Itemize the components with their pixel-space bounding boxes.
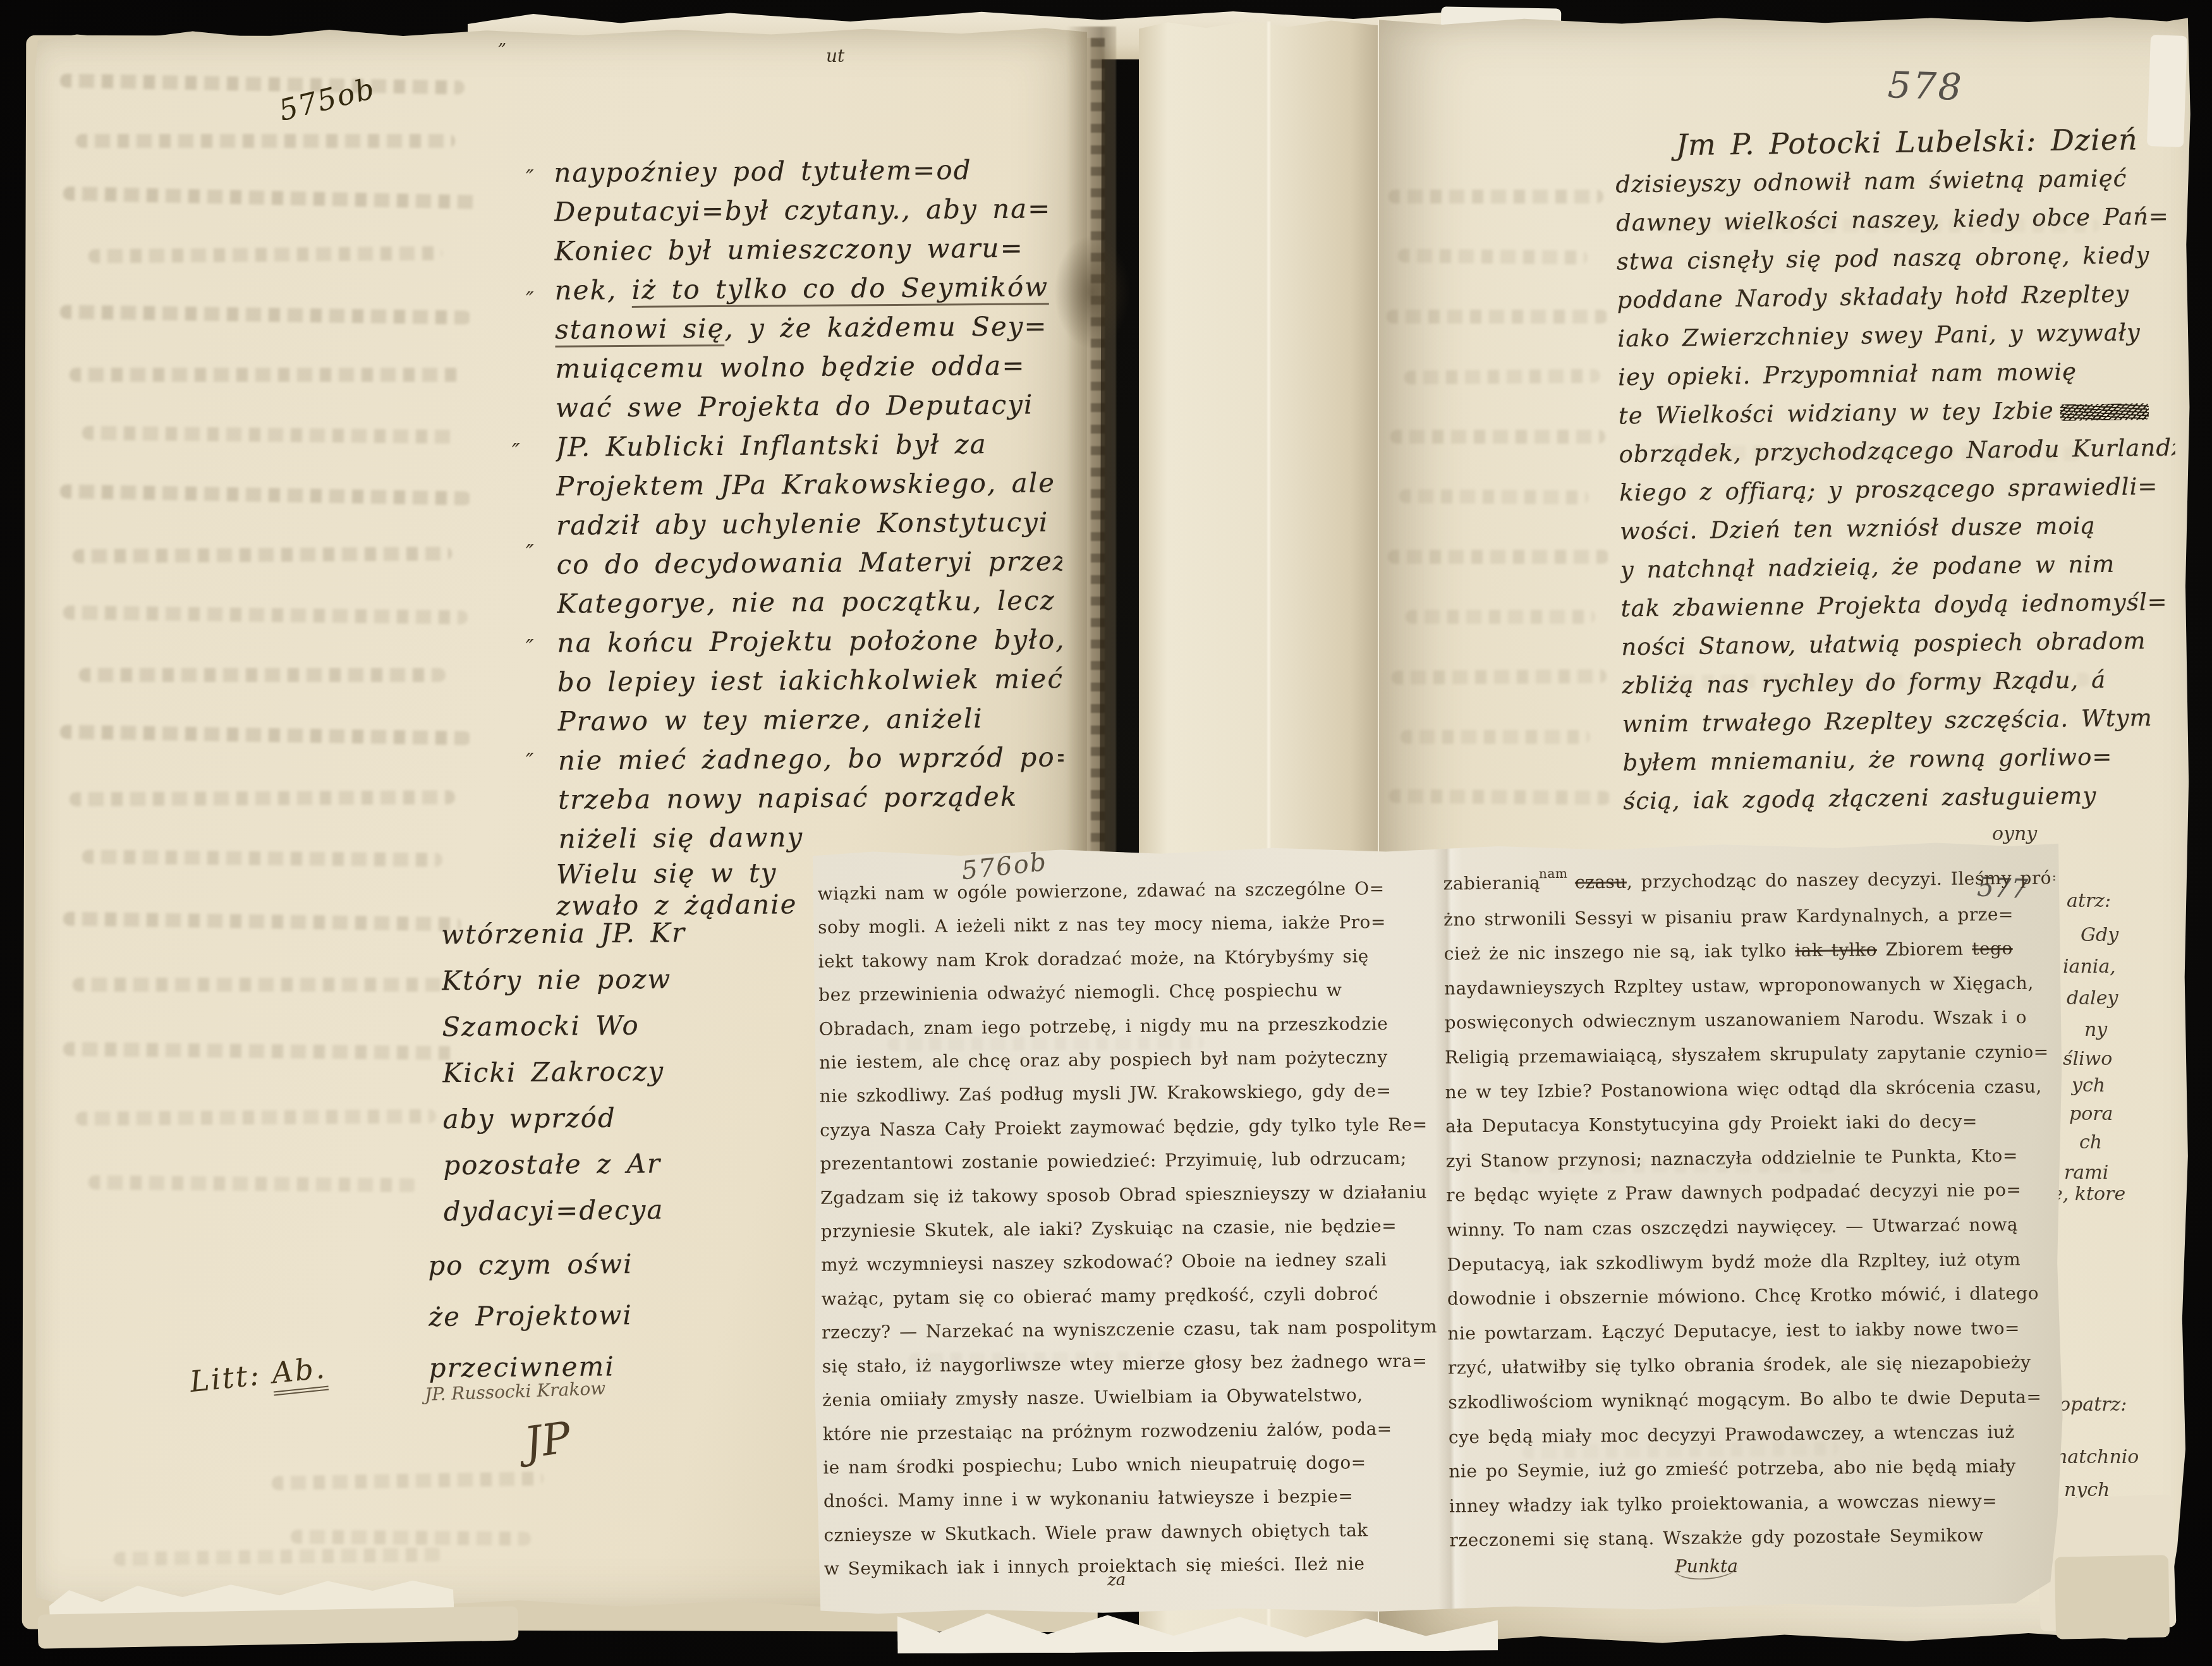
bleedthrough-line (1388, 550, 1609, 564)
manuscript-line: stanowi się, y że każdemu Sey= (555, 307, 1060, 350)
crossed-out-word: iak tylko (1795, 939, 1877, 961)
margin-fragment: natchnio (2055, 1446, 2139, 1468)
manuscript-line: Religią przemawiaiącą, słyszałem skrupul… (1445, 1035, 2057, 1075)
binding-stain (1054, 235, 1130, 349)
letter-reference-label: Litt: Ab. (188, 1351, 328, 1399)
margin-fragment: ch (2079, 1131, 2102, 1153)
manuscript-line: zabieraniąnam czasu, przychodząc do nasz… (1443, 861, 2055, 903)
manuscript-line: naypoźniey pod tytułem=od (554, 150, 1059, 193)
bleedthrough-line (63, 605, 468, 624)
margin-mark: ut (826, 46, 844, 66)
manuscript-line: dawney wielkości naszey, kiedy obce Pań= (1616, 197, 2173, 243)
manuscript-line: wiązki nam w ogóle powierzone, zdawać na… (817, 871, 1440, 911)
manuscript-line: te Wielkości widziany w tey Izbie (1619, 390, 2175, 435)
line-fragment: cież że nic inszego nie są, iak tylko (1443, 940, 1795, 964)
manuscript-line: poswięconych odwiecznym uszanowaniem Nar… (1444, 1000, 2056, 1041)
manuscript-line: nie powtarzam. Łączyć Deputacye, iest to… (1447, 1311, 2059, 1351)
manuscript-line: myż wczymnieysi naszey szkodować? Oboie … (821, 1243, 1443, 1282)
manuscript-line: Jm P. Potocki Lubelski: Dzień (1615, 120, 2172, 166)
manuscript-line: naydawnieyszych Rzpltey ustaw, wproponow… (1444, 966, 2056, 1006)
bleedthrough-line (291, 1529, 531, 1545)
margin-fragment: ych (2072, 1074, 2105, 1097)
manuscript-line: nek, iż to tylko co do Seymików (554, 267, 1060, 310)
line-fragment: te Wielkości widziany w tey Izbie (1619, 397, 2054, 429)
margin-quote-mark: ″ (526, 540, 534, 566)
manuscript-line: żno strwonili Sessyi w pisaniu praw Kard… (1443, 897, 2055, 937)
manuscript-line: Projektem JPa Krakowskiego, ale (556, 463, 1062, 506)
manuscript-line: iey opieki. Przypomniał nam mowię (1618, 351, 2175, 397)
manuscript-line: dowodnie i obszernie mówiono. Chcę Krotk… (1447, 1276, 2059, 1316)
bleedthrough-line (82, 850, 442, 867)
manuscript-line: radził aby uchylenie Konstytucyi (556, 502, 1062, 545)
letter-label-prefix: Litt: (188, 1356, 274, 1399)
bleedthrough-line (1389, 190, 1603, 204)
line-fragment: , y że każdemu Sey= (724, 310, 1048, 344)
bleedthrough-line (1398, 248, 1588, 264)
margin-quote-mark: ″ (526, 166, 534, 191)
manuscript-line: soby mogli. A ieżeli nikt z nas tey mocy… (818, 905, 1440, 945)
margin-quote-mark: ″ (526, 288, 534, 313)
bleedthrough-line (63, 1042, 455, 1060)
manuscript-line: zyi Stanow przynosi; naznaczyła oddzieln… (1446, 1138, 2058, 1179)
line-fragment: , przychodząc do naszey decyzyi. Ileśmy … (1627, 867, 2055, 892)
line-fragment: nek, (554, 274, 631, 306)
torn-page-corner (2147, 35, 2187, 147)
margin-fragment: iania, (2063, 956, 2116, 978)
manuscript-line: szkodliwościom wyniknąć mogącym. Bo albo… (1448, 1380, 2060, 1420)
manuscript-line: ie nam środki pospiechu; Lubo wnich nieu… (823, 1445, 1445, 1485)
manuscript-line: rzeczonemi się staną. Wszakże gdy pozost… (1449, 1518, 2061, 1559)
manuscript-line: wnim trwałego Rzepltey szczęścia. Wtym (1622, 698, 2179, 744)
manuscript-line: rzyć, ułatwiłby się tylko obrania środek… (1448, 1346, 2060, 1386)
manuscript-line: na końcu Projektu położone było, (557, 620, 1062, 663)
manuscript-line: cznieysze w Skutkach. Wiele praw dawnych… (823, 1512, 1446, 1552)
manuscript-line: nie szkodliwy. Zaś podług mysli JW. Krak… (819, 1074, 1442, 1114)
margin-fragment: ny (2084, 1019, 2107, 1041)
scribe-initials: JP (521, 1413, 574, 1468)
manuscript-line: iako Zwierzchniey swey Pani, y wzywały (1617, 313, 2174, 358)
bleedthrough-line (63, 912, 461, 932)
manuscript-line: żenia omiiały zmysły nasze. Uwielbiam ia… (822, 1377, 1445, 1417)
bleedthrough-line (76, 134, 455, 148)
letter-label-value: Ab. (270, 1351, 328, 1396)
manuscript-line: trzeba nowy napisać porządek (558, 777, 1064, 820)
manuscript-line: się stało, iż naygorliwsze wtey mierze g… (822, 1344, 1445, 1383)
manuscript-line: nie iestem, ale chcę oraz aby pospiech b… (819, 1040, 1442, 1079)
bleedthrough-line (82, 426, 455, 444)
manuscript-line: rzeczy? — Narzekać na wyniszczenie czasu… (822, 1310, 1444, 1349)
bleedthrough-line (1392, 669, 1607, 684)
page-number-578: 578 (1887, 63, 1964, 109)
bleedthrough-line (60, 305, 471, 324)
bleedthrough-line (1401, 730, 1590, 744)
bleedthrough-line (1406, 610, 1595, 624)
manuscript-line: cież że nic inszego nie są, iak tylko ia… (1443, 931, 2055, 971)
margin-quote-mark: ″ (526, 635, 534, 660)
underlined-phrase: stanowi się (555, 313, 725, 348)
bleedthrough-line (73, 978, 446, 992)
archival-photograph: 575ob „ ut ″ ″ ″ ″ ″ ″ naypoźniey pod ty… (0, 0, 2212, 1666)
manuscript-line: kiego z offiarą; y proszącego sprawiedli… (1619, 467, 2176, 513)
margin-quote-mark: ″ (512, 439, 520, 465)
manuscript-line: zbliżą nas rychley do formy Rządu, á (1622, 660, 2179, 705)
manuscript-line: ważąc, pytam się co obierać mamy prędkoś… (821, 1276, 1443, 1316)
line-fragment: Zbiorem (1877, 939, 1972, 960)
margin-fragment: pora (2069, 1103, 2113, 1125)
margin-fragment: daley (2067, 987, 2118, 1009)
manuscript-line: w Seymikach iak i innych proiektach się … (824, 1546, 1447, 1586)
catchword: za (1107, 1571, 1126, 1590)
manuscript-line: przyniesie Skutek, ale iaki? Zyskuiąc na… (820, 1208, 1443, 1248)
bleedthrough-line (1387, 310, 1608, 324)
bleedthrough-line (79, 668, 446, 682)
bleedthrough-line (1389, 789, 1610, 805)
margin-fragment: atrz: (2067, 890, 2111, 912)
manuscript-line: cye będą miały moc decyzyi Prawodawczey,… (1449, 1414, 2060, 1455)
manuscript-line: Deputacyi=był czytany., aby na= (554, 189, 1060, 232)
manuscript-line: dzisieyszy odnowił nam świetną pamięć (1615, 159, 2172, 204)
bleedthrough-line (63, 186, 480, 209)
sheet-left-column: wiązki nam w ogóle powierzone, zdawać na… (817, 871, 1447, 1586)
bleedthrough-line (60, 725, 471, 745)
manuscript-line: Koniec był umieszczony waru= (554, 228, 1060, 271)
crossed-out-word (2060, 403, 2149, 421)
page-corner-stack (2055, 1555, 2170, 1639)
manuscript-line: ała Deputacya Konstytucyina gdy Proiekt … (1445, 1104, 2057, 1144)
manuscript-line: obrządek, przychodzącego Narodu Kurlandz… (1619, 429, 2175, 474)
manuscript-line: Obradach, znam iego potrzebę, i nigdy mu… (818, 1006, 1441, 1046)
manuscript-line: ne w tey Izbie? Postanowiona więc odtąd … (1445, 1069, 2057, 1110)
manuscript-line: tak zbawienne Projekta doydą iednomyśl= (1620, 583, 2177, 628)
manuscript-line: Zgadzam się iż takowy sposob Obrad spies… (820, 1175, 1443, 1215)
manuscript-line: re będąc wyięte z Praw dawnych podpadać … (1446, 1173, 2058, 1213)
manuscript-line: byłem mniemaniu, że rowną gorliwo= (1622, 737, 2179, 782)
margin-fragment: opatrz: (2059, 1394, 2127, 1416)
margin-fragment: e, ktore (2051, 1183, 2125, 1205)
bleedthrough-line (88, 246, 442, 264)
manuscript-line: wać swe Projekta do Deputacyi (556, 385, 1061, 428)
left-page-text-column: naypoźniey pod tytułem=od Deputacyi=był … (554, 150, 1064, 859)
manuscript-line: prezentantowi zostanie powiedzieć: Przyi… (820, 1141, 1442, 1181)
catchword: Punkta (1675, 1555, 1738, 1580)
manuscript-line: bez przewinienia odważyć niemogli. Chcę … (818, 972, 1441, 1012)
manuscript-line: nie mieć żadnego, bo wprzód po= (558, 738, 1064, 781)
bleedthrough-line (60, 484, 471, 505)
bleedthrough-line (1404, 369, 1600, 385)
manuscript-line: stwa cisnęły się pod naszą obronę, kiedy (1617, 236, 2173, 281)
manuscript-line: muiącemu wolno będzie odda= (555, 346, 1060, 389)
manuscript-line: Prawo w tey mierze, aniżeli (557, 698, 1063, 741)
bleedthrough-line (88, 1176, 417, 1193)
manuscript-line: y natchnął nadzieią, że podane w nim (1620, 544, 2177, 590)
margin-fragment: Gdy (2081, 924, 2118, 946)
bleedthrough-line (70, 368, 461, 382)
manuscript-line: winny. To nam czas oszczędzi naywięcey. … (1447, 1207, 2058, 1248)
crossed-out-word: tego (1972, 938, 2013, 959)
right-page-text-column: Jm P. Potocki Lubelski: Dzień dzisieyszy… (1615, 120, 2179, 821)
manuscript-line: poddane Narody składały hołd Rzepltey (1617, 274, 2173, 320)
manuscript-line: niżeli się dawny (558, 816, 1064, 859)
margin-fragment: rami (2064, 1162, 2108, 1184)
manuscript-line: ścią, iak zgodą złączeni zasługuiemy (1623, 775, 2180, 821)
interlinear-insertion: nam (1539, 866, 1568, 881)
bleedthrough-line (70, 790, 455, 806)
manuscript-line: dności. Mamy inne i w wykonaniu łatwieys… (823, 1478, 1446, 1518)
manuscript-line: nie po Seymie, iuż go zmieść potrzeba, a… (1449, 1449, 2060, 1489)
line-fragment: zabieranią (1443, 872, 1540, 894)
inserted-folio-sheet: 576ob 577 wiązki nam w ogóle powierzone,… (811, 841, 2065, 1616)
bleedthrough-line (1399, 489, 1589, 504)
manuscript-line: bo lepiey iest iakichkolwiek mieć (557, 659, 1063, 702)
bleedthrough-line (73, 547, 452, 563)
crossed-out-word: czasu (1575, 872, 1627, 893)
manuscript-line: inney władzy iak tylko proiektowania, a … (1449, 1483, 2061, 1524)
bleedthrough-line (272, 1471, 544, 1490)
manuscript-line: JP. Kublicki Inflantski był za (556, 424, 1061, 467)
manuscript-line: wości. Dzień ten wzniósł dusze moią (1620, 506, 2177, 551)
bleedthrough-line (60, 73, 465, 94)
underlined-phrase: iż to tylko co do Seymików (632, 271, 1049, 308)
bleedthrough-line (114, 1547, 442, 1566)
bleedthrough-line (1390, 430, 1605, 444)
manuscript-line: iekt takowy nam Krok doradzać może, na K… (818, 939, 1440, 978)
margin-fragment: śliwo (2063, 1048, 2112, 1070)
manuscript-line: co do decydowania Materyi przez (556, 542, 1062, 585)
manuscript-line: Kategorye, nie na początku, lecz (557, 581, 1062, 624)
bleedthrough-line (76, 1109, 436, 1126)
manuscript-line: ności Stanow, ułatwią pospiech obradom (1621, 621, 2178, 667)
cutoff-line-fragment: oyny (1992, 823, 2037, 845)
sheet-right-column: zabieraniąnam czasu, przychodząc do nasz… (1443, 861, 2061, 1558)
manuscript-line: cyzya Nasza Cały Proiekt zaymować będzie… (820, 1107, 1442, 1147)
margin-quote-mark: ″ (526, 749, 534, 774)
manuscript-line: Deputacyą, iak szkodliwym bydź może dla … (1447, 1242, 2058, 1282)
manuscript-line: które nie przestaiąc na próżnym rozwodze… (823, 1411, 1445, 1451)
margin-mark: „ (498, 30, 506, 49)
